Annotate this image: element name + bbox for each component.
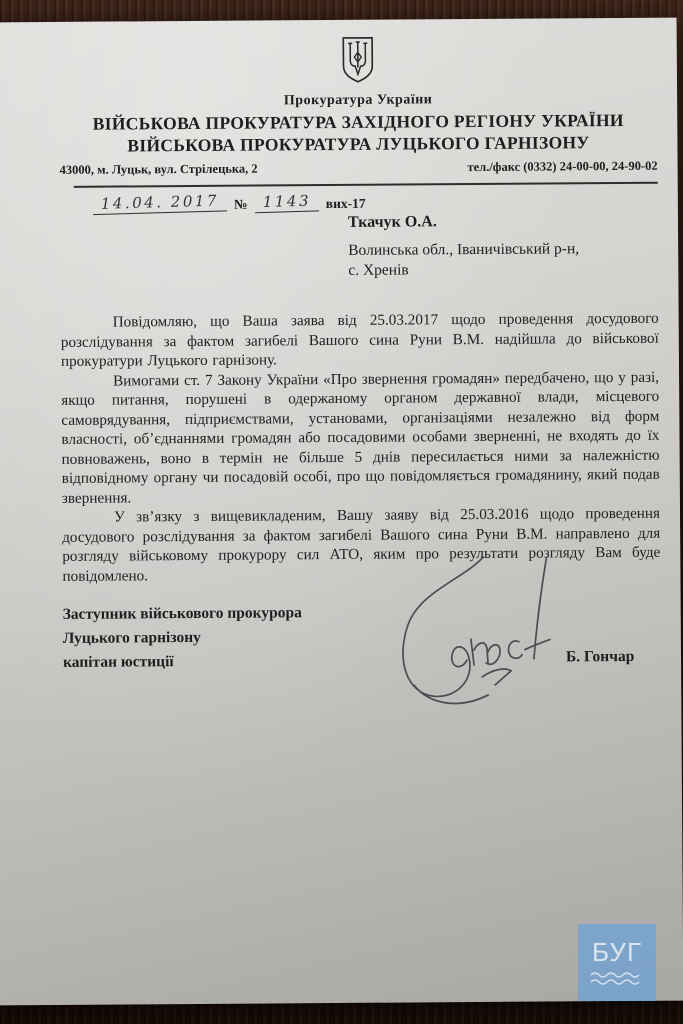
letterhead-divider <box>74 182 658 188</box>
waves-icon <box>589 970 645 988</box>
handwritten-signature <box>383 546 554 722</box>
recipient-block: Ткачук О.А. Волинська обл., Іваничівськи… <box>348 212 658 280</box>
bug-watermark: БУГ <box>578 924 656 1001</box>
org-name-small: Прокуратура України <box>59 91 657 111</box>
outgoing-date-handwritten: 14.04. 2017 <box>93 191 228 215</box>
recipient-address-line1: Волинська обл., Іваничівський р-н, <box>348 239 658 261</box>
letter-sheet: Прокуратура України ВІЙСЬКОВА ПРОКУРАТУР… <box>0 18 683 1006</box>
outgoing-number-handwritten: 1143 <box>254 191 319 213</box>
ukraine-trident-icon <box>337 36 379 84</box>
watermark-text: БУГ <box>592 937 642 968</box>
letterhead-contact-row: 43000, м. Луцьк, вул. Стрілецька, 2 тел.… <box>60 159 658 178</box>
recipient-address: Волинська обл., Іваничівський р-н, с. Хр… <box>348 239 658 280</box>
recipient-name: Ткачук О.А. <box>348 212 658 232</box>
org-name-garrison: ВІЙСЬКОВА ПРОКУРАТУРА ЛУЦЬКОГО ГАРНІЗОНУ <box>59 132 657 157</box>
reference-line: 14.04. 2017 № 1143 вих-17 <box>93 190 658 214</box>
signer-name: Б. Гончар <box>566 645 634 669</box>
org-address: 43000, м. Луцьк, вул. Стрілецька, 2 <box>60 162 258 178</box>
number-sign: № <box>234 197 248 213</box>
photo-of-document: { "letterhead": { "org_small": "Прокурат… <box>0 0 683 1024</box>
org-phone: тел./факс (0332) 24-00-00, 24-90-02 <box>467 159 657 175</box>
letter-body: Повідомляю, що Ваша заява від 25.03.2017… <box>61 309 661 586</box>
emblem-wrap <box>59 34 657 91</box>
body-paragraph-3: У зв’язку з вищевикладеним, Вашу заяву в… <box>62 504 661 586</box>
recipient-address-line2: с. Хренів <box>348 258 658 280</box>
body-paragraph-1: Повідомляю, що Ваша заява від 25.03.2017… <box>61 309 659 372</box>
outgoing-suffix: вих-17 <box>326 196 366 212</box>
signature-block: Заступник військового прокурора Луцького… <box>63 599 661 675</box>
body-paragraph-2: Вимогами ст. 7 Закону України «Про зверн… <box>61 367 660 508</box>
org-name-region: ВІЙСЬКОВА ПРОКУРАТУРА ЗАХІДНОГО РЕГІОНУ … <box>59 110 657 135</box>
